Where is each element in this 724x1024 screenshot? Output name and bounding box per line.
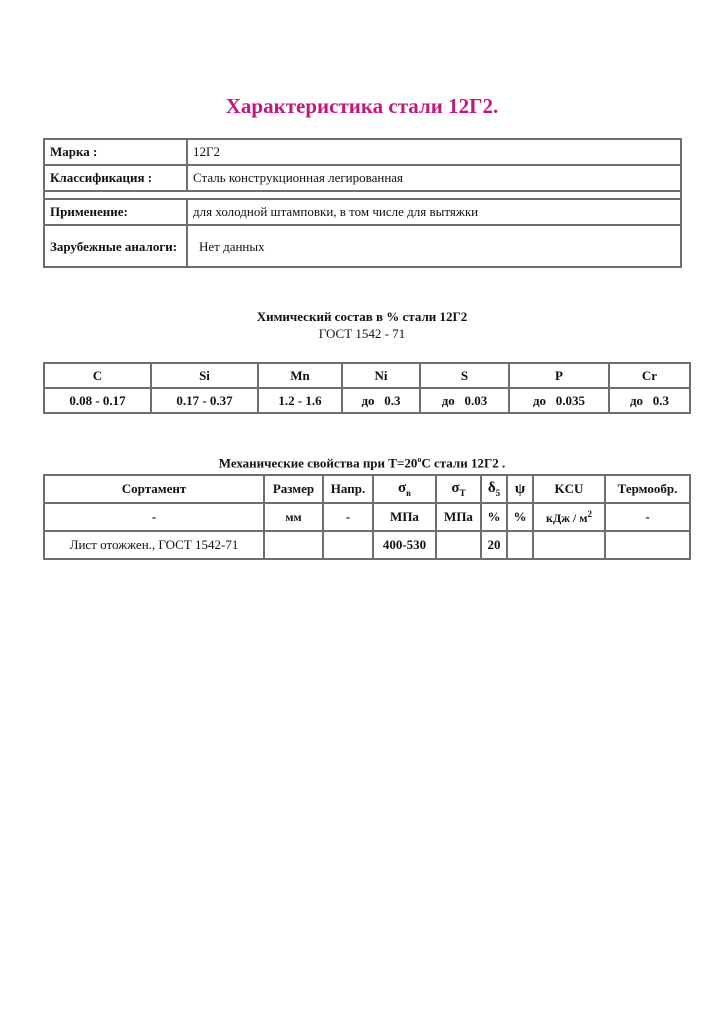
header-sigma-t: σT: [436, 475, 481, 503]
cell-heat-treatment: [605, 531, 690, 559]
chemical-value-cell: 0.08 - 0.17: [44, 388, 151, 413]
chemical-header-cell: Si: [151, 363, 258, 388]
cell-kcu: [533, 531, 605, 559]
chemical-value-cell: до 0.3: [342, 388, 420, 413]
chemical-value-cell: 0.17 - 0.37: [151, 388, 258, 413]
chemical-value-cell: до 0.03: [420, 388, 509, 413]
grade-value: 12Г2: [187, 139, 681, 165]
header-heat-treatment: Термообр.: [605, 475, 690, 503]
header-direction: Напр.: [323, 475, 373, 503]
classification-value: Сталь конструкционная легированная: [187, 165, 681, 191]
mechanical-caption-suffix: C стали 12Г2 .: [421, 455, 505, 470]
cell-delta: 20: [481, 531, 507, 559]
mechanical-table: Сортамент Размер Напр. σв σT δ5 ψ KCU Те…: [43, 474, 691, 560]
unit-psi: %: [507, 503, 533, 531]
cell-sigma-b: 400-530: [373, 531, 436, 559]
unit-sigma-b: МПа: [373, 503, 436, 531]
unit-kcu: кДж / м2: [533, 503, 605, 531]
header-size: Размер: [264, 475, 323, 503]
chemical-header-cell: P: [509, 363, 609, 388]
chemical-caption: Химический состав в % стали 12Г2: [0, 309, 724, 325]
mechanical-units-row: - мм - МПа МПа % % кДж / м2 -: [44, 503, 690, 531]
header-delta: δ5: [481, 475, 507, 503]
header-kcu: KCU: [533, 475, 605, 503]
chemical-header-cell: C: [44, 363, 151, 388]
info-row-classification: Классификация : Сталь конструкционная ле…: [44, 165, 681, 191]
chemical-value-row: 0.08 - 0.170.17 - 0.371.2 - 1.6до 0.3до …: [44, 388, 690, 413]
table-row: Лист отожжен., ГОСТ 1542-71 400-530 20: [44, 531, 690, 559]
mechanical-caption-prefix: Механические свойства при T=20: [219, 455, 418, 470]
info-row-application: Применение: для холодной штамповки, в то…: [44, 199, 681, 225]
chemical-value-cell: 1.2 - 1.6: [258, 388, 342, 413]
classification-label: Классификация :: [44, 165, 187, 191]
spacer-cell: [44, 191, 681, 199]
info-row-grade: Марка : 12Г2: [44, 139, 681, 165]
header-psi: ψ: [507, 475, 533, 503]
unit-direction: -: [323, 503, 373, 531]
info-row-analogs: Зарубежные аналоги: Нет данных: [44, 225, 681, 267]
unit-sortament: -: [44, 503, 264, 531]
chemical-header-row: CSiMnNiSPCr: [44, 363, 690, 388]
chemical-header-cell: Cr: [609, 363, 690, 388]
chemical-standard: ГОСТ 1542 - 71: [0, 326, 724, 342]
mechanical-header-row: Сортамент Размер Напр. σв σT δ5 ψ KCU Те…: [44, 475, 690, 503]
grade-label: Марка :: [44, 139, 187, 165]
chemical-table: CSiMnNiSPCr 0.08 - 0.170.17 - 0.371.2 - …: [43, 362, 691, 414]
header-sortament: Сортамент: [44, 475, 264, 503]
header-sigma-b: σв: [373, 475, 436, 503]
info-table: Марка : 12Г2 Классификация : Сталь конст…: [43, 138, 682, 268]
mechanical-caption: Механические свойства при T=20oC стали 1…: [0, 455, 724, 471]
cell-size: [264, 531, 323, 559]
cell-psi: [507, 531, 533, 559]
chemical-value-cell: до 0.3: [609, 388, 690, 413]
unit-delta: %: [481, 503, 507, 531]
cell-direction: [323, 531, 373, 559]
unit-size: мм: [264, 503, 323, 531]
chemical-value-cell: до 0.035: [509, 388, 609, 413]
cell-sortament: Лист отожжен., ГОСТ 1542-71: [44, 531, 264, 559]
analogs-label: Зарубежные аналоги:: [44, 225, 187, 267]
page-title: Характеристика стали 12Г2.: [0, 94, 724, 119]
analogs-value: Нет данных: [187, 225, 681, 267]
application-label: Применение:: [44, 199, 187, 225]
application-value: для холодной штамповки, в том числе для …: [187, 199, 681, 225]
chemical-header-cell: Mn: [258, 363, 342, 388]
chemical-header-cell: Ni: [342, 363, 420, 388]
unit-sigma-t: МПа: [436, 503, 481, 531]
cell-sigma-t: [436, 531, 481, 559]
chemical-header-cell: S: [420, 363, 509, 388]
info-spacer-row: [44, 191, 681, 199]
unit-heat-treatment: -: [605, 503, 690, 531]
